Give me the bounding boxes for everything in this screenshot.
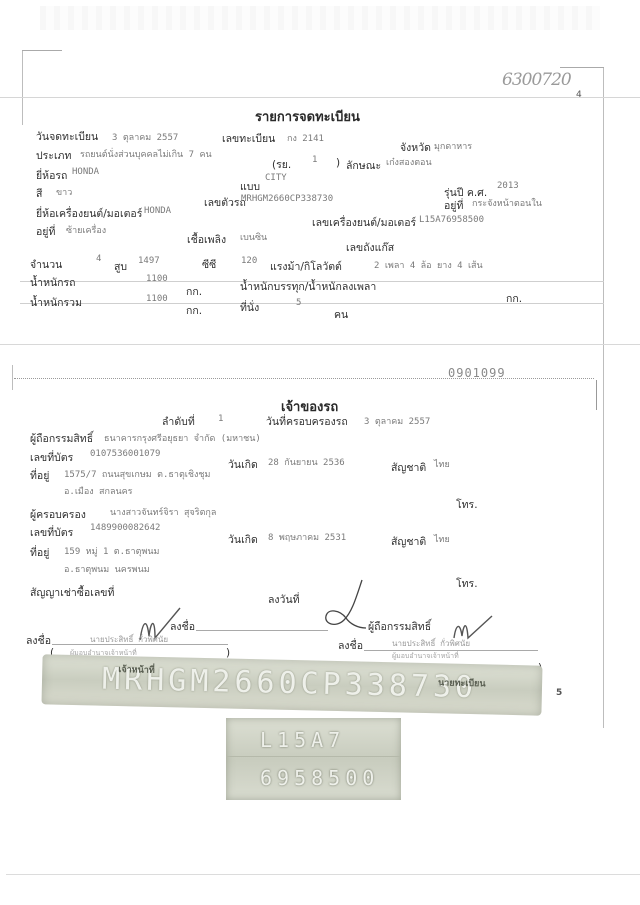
owner-dob: 28 กันยายน 2536 <box>268 455 345 469</box>
registration-title: รายการจดทะเบียน <box>255 106 360 127</box>
gross-weight: 1100 <box>146 294 168 304</box>
registration-date-label: วันจดทะเบียน <box>36 128 98 145</box>
ry-value: 1 <box>312 155 317 165</box>
gross-weight-unit: กก. <box>186 302 202 319</box>
load-weight-unit: กก. <box>506 290 522 307</box>
vehicle-weight-unit: กก. <box>186 283 202 300</box>
persons-label: คน <box>334 306 348 323</box>
sign-label-right: ลงชื่อ <box>338 637 363 654</box>
handwritten-number: 6300720 <box>502 70 571 90</box>
owner-address-line2: อ.เมือง สกลนคร <box>64 484 133 498</box>
owner-nationality-label: สัญชาติ <box>391 459 426 476</box>
chassis-label: เลขตัวรถ <box>204 194 246 211</box>
vehicle-weight-label: น้ำหนักรถ <box>30 274 76 291</box>
brand-label: ยี่ห้อรถ <box>36 167 67 184</box>
cc-label: ซีซี <box>202 256 216 273</box>
fuel: เบนซิน <box>240 230 267 244</box>
load-weight-label: น้ำหนักบรรทุก/น้ำหนักลงเพลา <box>240 278 376 295</box>
engine-location-label: อยู่ที่ <box>36 223 55 240</box>
order: 1 <box>218 414 223 424</box>
possessor-nationality: ไทย <box>434 532 450 546</box>
body-style-label: ลักษณะ <box>346 157 381 174</box>
possessor-dob-label: วันเกิด <box>228 531 258 548</box>
province-label: จังหวัด <box>400 139 431 156</box>
cylinders-label: สูบ <box>114 258 127 275</box>
serial-stamp: 0901099 <box>448 366 506 380</box>
seats: 5 <box>296 298 301 308</box>
engine-rubbing-line1: L15A7 <box>260 728 345 752</box>
chassis-rubbing-text: MRHGM2660CP338730 <box>102 662 478 705</box>
frame-right <box>603 68 604 728</box>
ry-close: ) <box>336 157 340 169</box>
engine-rubbing-line2: 6958500 <box>260 766 379 790</box>
owner-dob-label: วันเกิด <box>228 456 258 473</box>
axles-wheels-tires: 2 เพลา 4 ล้อ ยาง 4 เส้น <box>374 258 483 272</box>
possessor-dob: 8 พฤษภาคม 2531 <box>268 530 346 544</box>
page-number-top: 4 <box>576 90 582 100</box>
possession-date: 3 ตุลาคม 2557 <box>364 414 430 428</box>
owner-name: ธนาคารกรุงศรีอยุธยา จำกัด (มหาชน) <box>104 431 261 445</box>
page-number-bottom: 5 <box>556 688 562 698</box>
engine-number-rubbing: L15A7 6958500 <box>226 718 401 800</box>
seats-label: ที่นั่ง <box>240 299 259 316</box>
possessor-name: นางสาวจันทร์จิรา สุจริตกุล <box>110 505 216 519</box>
owner-nationality: ไทย <box>434 457 450 471</box>
cylinders-count-label: จำนวน <box>30 256 62 273</box>
possessor-nationality-label: สัญชาติ <box>391 533 426 550</box>
sign-line-center <box>196 630 328 631</box>
color: ขาว <box>56 185 72 199</box>
right-signer-name: นายประสิทธิ์ กั่วพิศนัย <box>392 637 470 650</box>
perforation-line <box>14 378 594 379</box>
header-divider <box>0 97 640 98</box>
left-role-stamp: เจ้าหน้าที่ <box>118 662 155 677</box>
owner-address-label: ที่อยู่ <box>30 467 49 484</box>
power-value: 120 <box>241 256 257 266</box>
owner-id-label: เลขที่บัตร <box>30 449 73 466</box>
type: รถยนต์นั่งส่วนบุคคลไม่เกิน 7 คน <box>80 147 212 161</box>
chassis-location-label: อยู่ที่ <box>444 197 463 214</box>
engine-brand: HONDA <box>144 206 171 216</box>
sign-label-left: ลงชื่อ <box>26 632 51 649</box>
vehicle-weight: 1100 <box>146 274 168 284</box>
ry-label: (รย. <box>272 156 291 173</box>
engine-no: L15A76958500 <box>419 215 484 225</box>
sign-label-center: ลงชื่อ <box>170 618 195 635</box>
fold-mark-left <box>12 365 13 390</box>
possessor-phone-label: โทร. <box>456 575 478 592</box>
row-rule-2 <box>20 303 604 304</box>
possessor-label: ผู้ครอบครอง <box>30 506 86 523</box>
possessor-id-label: เลขที่บัตร <box>30 524 73 541</box>
bottom-fold-line <box>6 874 640 875</box>
bleed-through-top <box>40 6 600 30</box>
frame-right-lower-mark <box>596 380 597 410</box>
owner-address-line1: 1575/7 ถนนสุขเกษม ต.ธาตุเชิงชุม <box>64 467 210 481</box>
right-role-stamp: นายทะเบียน <box>438 675 486 690</box>
type-label: ประเภท <box>36 147 71 164</box>
rubbing-divider <box>226 756 401 757</box>
chassis: MRHGM2660CP338730 <box>241 194 333 204</box>
possessor-address-line2: อ.ธาตุพนม นครพนม <box>64 562 150 576</box>
left-signer-name: นายประสิทธิ์ กั่วพิศนัย <box>90 633 168 646</box>
plate: กง 2141 <box>287 131 324 145</box>
gross-weight-label: น้ำหนักรวม <box>30 294 82 311</box>
body-style: เก๋งสองตอน <box>386 155 432 169</box>
right-signer-title: ผู้มอบอำนาจเจ้าหน้าที่ <box>392 651 459 662</box>
owner-label: ผู้ถือกรรมสิทธิ์ <box>30 430 93 447</box>
possessor-id: 1489900082642 <box>90 523 160 533</box>
signature-owner-loop <box>322 578 370 634</box>
possessor-address-label: ที่อยู่ <box>30 544 49 561</box>
chassis-number-rubbing: MRHGM2660CP338730 เจ้าหน้าที่ นายทะเบียน <box>41 654 542 715</box>
hire-purchase-label: สัญญาเช่าซื้อเลขที่ <box>30 584 114 601</box>
owner-phone-label: โทร. <box>456 496 478 513</box>
fuel-label: เชื้อเพลิง <box>187 231 226 248</box>
engine-no-label: เลขเครื่องยนต์/มอเตอร์ <box>312 214 416 231</box>
cc-value: 1497 <box>138 256 160 266</box>
fold-line-1 <box>0 344 640 345</box>
possession-date-label: วันที่ครอบครองรถ <box>266 413 348 430</box>
possessor-address-line1: 159 หมู่ 1 ต.ธาตุพนม <box>64 544 159 558</box>
engine-brand-label: ยี่ห้อเครื่องยนต์/มอเตอร์ <box>36 205 142 222</box>
registration-date: 3 ตุลาคม 2557 <box>112 130 178 144</box>
model: CITY <box>265 173 287 183</box>
brand: HONDA <box>72 167 99 177</box>
owner-sign-role: ผู้ถือกรรมสิทธิ์ <box>368 618 431 635</box>
frame-top-corner <box>22 50 62 51</box>
gas-tank-label: เลขถังแก๊ส <box>346 239 394 256</box>
chassis-location: กระจังหน้าตอนใน <box>472 196 542 210</box>
engine-location: ซ้ายเครื่อง <box>66 223 106 237</box>
color-label: สี <box>36 185 42 202</box>
model-year: 2013 <box>497 181 519 191</box>
province: มุกดาหาร <box>434 139 472 153</box>
owner-id: 0107536001079 <box>90 449 160 459</box>
plate-label: เลขทะเบียน <box>222 130 275 147</box>
left-close-paren: ) <box>226 647 230 659</box>
frame-top-right <box>560 67 604 68</box>
signed-date-label: ลงวันที่ <box>268 591 300 608</box>
model-label: แบบ <box>240 178 260 195</box>
frame-left-upper <box>22 50 23 125</box>
power-label: แรงม้า/กิโลวัตต์ <box>270 258 342 275</box>
order-label: ลำดับที่ <box>162 413 195 430</box>
cylinders-count: 4 <box>96 254 101 264</box>
